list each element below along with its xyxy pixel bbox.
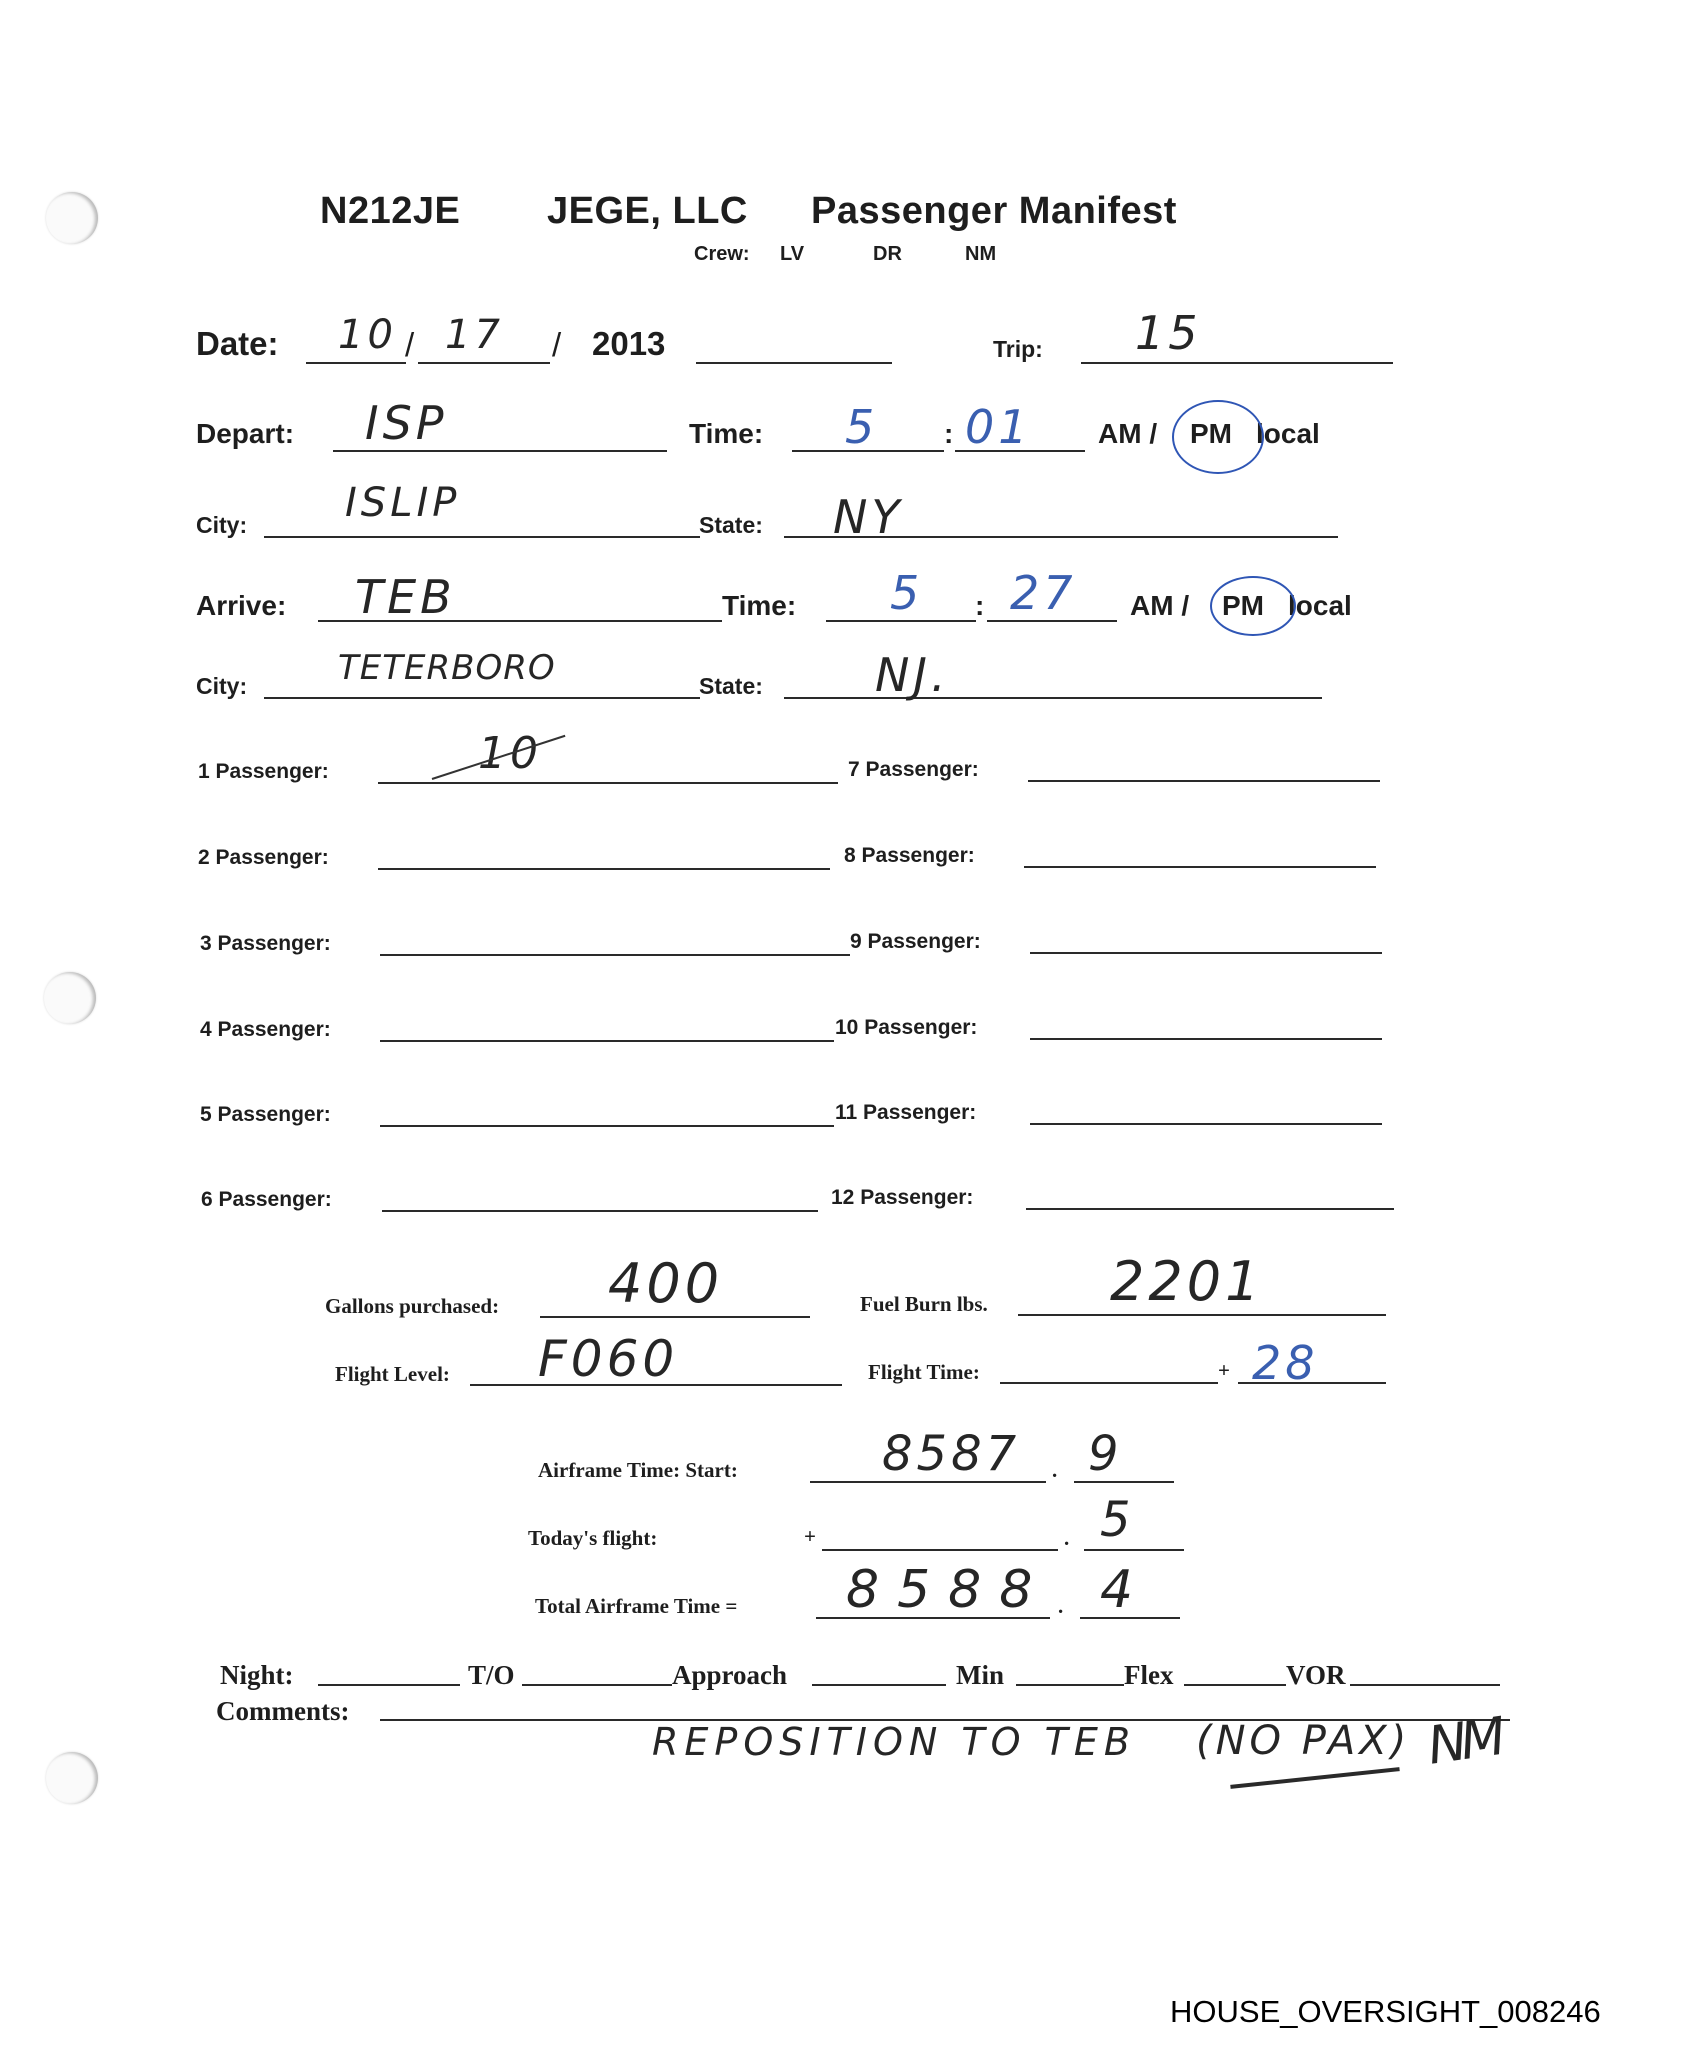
passenger-1-label: 1 Passenger: — [198, 760, 329, 784]
date-day-line — [418, 362, 550, 364]
comments-initials: NM — [1424, 1707, 1503, 1776]
depart-line — [333, 450, 667, 452]
comments-label: Comments: — [216, 1696, 349, 1727]
flight-level-label: Flight Level: — [335, 1362, 450, 1387]
min-line — [1016, 1684, 1124, 1686]
airframe-start-whole[interactable]: 8587 — [882, 1426, 1020, 1482]
arrive-city-label: City: — [196, 673, 247, 700]
total-airframe-label: Total Airframe Time = — [535, 1594, 737, 1619]
takeoff-line — [522, 1684, 672, 1686]
passenger-11-label: 11 Passenger: — [835, 1101, 976, 1125]
todays-flight-label: Today's flight: — [528, 1526, 657, 1551]
passenger-9-line[interactable] — [1030, 952, 1382, 954]
passenger-6-line[interactable] — [382, 1210, 818, 1212]
date-month-value[interactable]: 10 — [338, 312, 397, 358]
arrive-am-option[interactable]: AM / — [1130, 590, 1189, 622]
passenger-4-line[interactable] — [380, 1040, 834, 1042]
flight-time-label: Flight Time: — [868, 1360, 980, 1385]
flight-time-plus: + — [1218, 1358, 1230, 1383]
passenger-12-line[interactable] — [1026, 1208, 1394, 1210]
depart-value[interactable]: ISP — [365, 396, 448, 450]
date-sep-2: / — [552, 326, 561, 364]
form-title: Passenger Manifest — [811, 190, 1177, 233]
passenger-5-label: 5 Passenger: — [200, 1103, 331, 1127]
trip-line — [1081, 362, 1393, 364]
passenger-3-label: 3 Passenger: — [200, 932, 331, 956]
arrive-pm-circle — [1210, 576, 1296, 636]
todays-flight-dot: . — [1064, 1526, 1069, 1551]
depart-time-colon: : — [944, 418, 953, 450]
arrive-hour-value[interactable]: 5 — [890, 566, 923, 620]
airframe-start-tenth[interactable]: 9 — [1088, 1426, 1123, 1482]
passenger-1-line[interactable] — [378, 782, 838, 784]
crew-label: Crew: — [694, 243, 750, 266]
depart-hour-value[interactable]: 5 — [845, 400, 878, 454]
trip-label: Trip: — [993, 336, 1043, 363]
passenger-7-line[interactable] — [1028, 780, 1380, 782]
night-line — [318, 1684, 460, 1686]
vor-line — [1350, 1684, 1500, 1686]
arrive-city-value[interactable]: TETERBORO — [338, 648, 556, 688]
passenger-2-line[interactable] — [378, 868, 830, 870]
arrive-label: Arrive: — [196, 590, 286, 622]
date-year: 2013 — [592, 325, 665, 363]
fuel-burn-label: Fuel Burn lbs. — [860, 1292, 988, 1317]
comments-note-underline — [1230, 1767, 1399, 1789]
arrive-state-label: State: — [699, 673, 763, 700]
crew-member-3: NM — [965, 243, 996, 266]
date-month-line — [306, 362, 406, 364]
todays-flight-tenth-line — [1084, 1549, 1184, 1551]
total-airframe-dot: . — [1058, 1594, 1063, 1619]
passenger-10-label: 10 Passenger: — [835, 1016, 977, 1040]
passenger-8-line[interactable] — [1024, 866, 1376, 868]
night-label: Night: — [220, 1660, 294, 1691]
arrive-state-value[interactable]: NJ. — [875, 648, 950, 702]
depart-minute-value[interactable]: 01 — [965, 400, 1032, 454]
binder-hole-middle — [44, 972, 96, 1024]
comments-value[interactable]: REPOSITION TO TEB — [652, 1720, 1136, 1764]
passenger-12-label: 12 Passenger: — [831, 1186, 973, 1210]
min-label: Min — [956, 1660, 1004, 1691]
arrive-minute-line — [987, 620, 1117, 622]
depart-city-line — [264, 536, 700, 538]
approach-label: Approach — [672, 1660, 787, 1691]
gallons-label: Gallons purchased: — [325, 1294, 499, 1319]
arrive-time-colon: : — [975, 590, 984, 622]
takeoff-label: T/O — [468, 1660, 515, 1691]
date-sep-1: / — [405, 326, 414, 364]
arrive-city-line — [264, 697, 700, 699]
depart-local-label: local — [1256, 418, 1320, 450]
passenger-9-label: 9 Passenger: — [850, 930, 981, 954]
passenger-4-label: 4 Passenger: — [200, 1018, 331, 1042]
todays-flight-tenth[interactable]: 5 — [1100, 1492, 1135, 1548]
arrive-local-label: local — [1288, 590, 1352, 622]
arrive-value[interactable]: TEB — [355, 570, 456, 624]
flight-time-value[interactable]: 28 — [1252, 1336, 1319, 1390]
passenger-6-label: 6 Passenger: — [201, 1188, 332, 1212]
binder-hole-bottom — [46, 1752, 98, 1804]
date-day-value[interactable]: 17 — [445, 312, 504, 358]
approach-line — [812, 1684, 946, 1686]
arrive-state-line — [784, 697, 1322, 699]
depart-state-value[interactable]: NY — [833, 490, 904, 544]
total-airframe-tenth[interactable]: 4 — [1100, 1560, 1137, 1620]
airframe-start-dot: . — [1052, 1458, 1057, 1483]
arrive-time-label: Time: — [722, 590, 796, 622]
airframe-start-label: Airframe Time: Start: — [538, 1458, 738, 1483]
gallons-line — [540, 1316, 810, 1318]
date-year-line — [696, 362, 892, 364]
flight-time-line — [1000, 1382, 1218, 1384]
todays-flight-plus: + — [804, 1524, 816, 1549]
passenger-11-line[interactable] — [1030, 1123, 1382, 1125]
depart-pm-circle — [1172, 400, 1264, 474]
bates-number: HOUSE_OVERSIGHT_008246 — [1170, 1994, 1601, 2030]
comments-note[interactable]: (NO PAX) — [1196, 1718, 1410, 1764]
passenger-5-line[interactable] — [380, 1125, 834, 1127]
depart-label: Depart: — [196, 418, 294, 450]
passenger-3-line[interactable] — [380, 954, 850, 956]
total-airframe-whole[interactable]: 8588 — [846, 1560, 1050, 1620]
fuel-burn-line — [1018, 1314, 1386, 1316]
binder-hole-top — [46, 192, 98, 244]
company-name: JEGE, LLC — [547, 190, 748, 233]
depart-time-label: Time: — [689, 418, 763, 450]
passenger-10-line[interactable] — [1030, 1038, 1382, 1040]
todays-flight-whole-line — [822, 1549, 1058, 1551]
crew-member-1: LV — [780, 243, 804, 266]
arrive-minute-value[interactable]: 27 — [1010, 566, 1077, 620]
vor-label: VOR — [1286, 1660, 1345, 1691]
flight-level-value[interactable]: F060 — [538, 1330, 678, 1388]
arrive-hour-line — [826, 620, 976, 622]
passenger-7-label: 7 Passenger: — [848, 758, 979, 782]
fuel-burn-value[interactable]: 2201 — [1110, 1250, 1263, 1313]
flex-line — [1184, 1684, 1286, 1686]
flex-label: Flex — [1124, 1660, 1173, 1691]
trip-value[interactable]: 15 — [1135, 306, 1202, 360]
passenger-8-label: 8 Passenger: — [844, 844, 975, 868]
crew-member-2: DR — [873, 243, 902, 266]
tail-number: N212JE — [320, 190, 460, 233]
depart-city-label: City: — [196, 512, 247, 539]
passenger-2-label: 2 Passenger: — [198, 846, 329, 870]
depart-state-label: State: — [699, 512, 763, 539]
depart-am-option[interactable]: AM / — [1098, 418, 1157, 450]
date-label: Date: — [196, 325, 279, 363]
gallons-value[interactable]: 400 — [608, 1252, 723, 1315]
depart-city-value[interactable]: ISLIP — [345, 480, 460, 526]
